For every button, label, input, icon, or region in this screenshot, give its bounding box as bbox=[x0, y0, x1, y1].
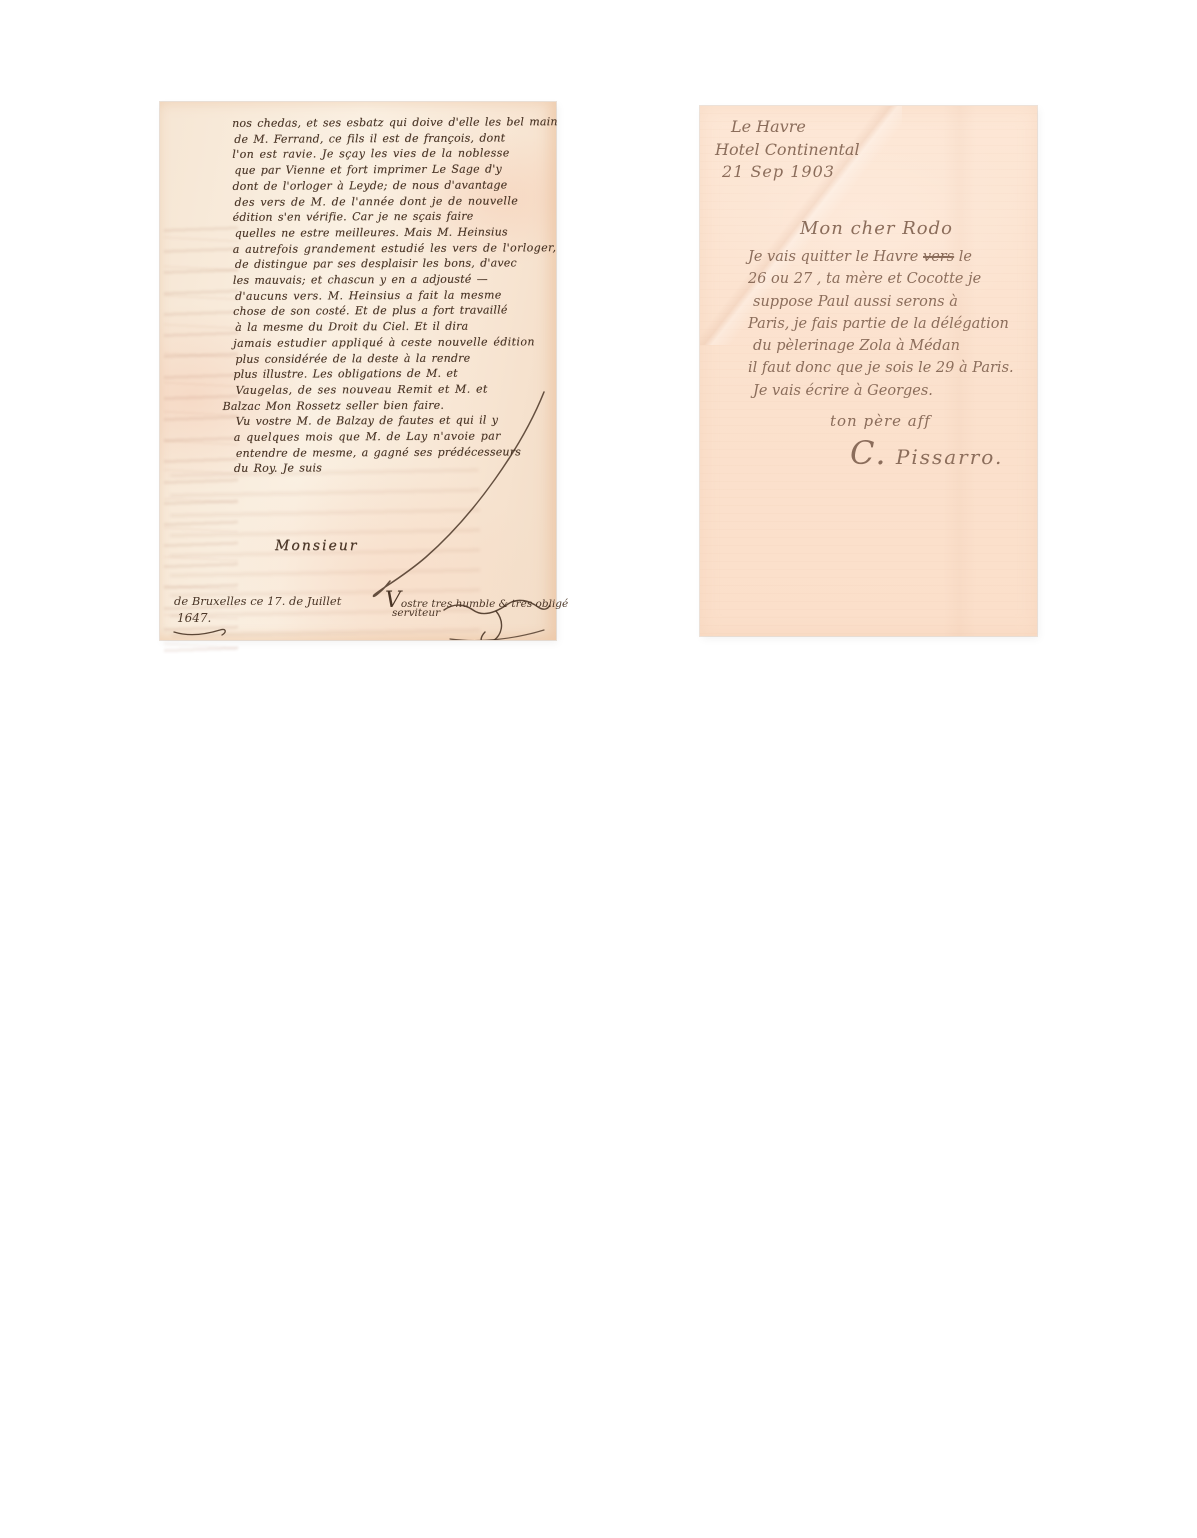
manuscript-body-line: de distingue par ses desplaisir les bons… bbox=[235, 255, 551, 272]
struck-out-word: vers bbox=[923, 249, 954, 265]
manuscript-body-line: édition s'en vérifie. Car je ne sçais fa… bbox=[233, 208, 551, 225]
signature-descender bbox=[481, 611, 501, 640]
manuscript-body-line: à la mesme du Droit du Ciel. Et il dira bbox=[235, 318, 551, 335]
letter-body-line: Je vais écrire à Georges. bbox=[753, 380, 1014, 402]
body-line1-pre: Je vais quitter le Havre bbox=[748, 249, 923, 265]
manuscript-body-line: entendre de mesme, a gagné ses prédécess… bbox=[236, 444, 552, 461]
manuscript-body-line: les mauvais; et chascun y en a adjousté … bbox=[233, 271, 551, 288]
manuscript-closing-line-2: serviteur bbox=[392, 607, 440, 619]
letterhead-line: Hotel Continental bbox=[715, 139, 860, 162]
manuscript-body-line: l'on est ravie. Je sçay les vies de la n… bbox=[232, 146, 550, 163]
manuscript-letter-1647: nos chedas, et ses esbatz qui doive d'el… bbox=[160, 102, 556, 640]
manuscript-dateline: de Bruxelles ce 17. de Juillet bbox=[174, 594, 341, 608]
letter-body-line: suppose Paul aussi serons à bbox=[753, 291, 1014, 313]
letterhead-line: Le Havre bbox=[731, 116, 860, 139]
manuscript-body-line: jamais estudier appliqué à ceste nouvell… bbox=[233, 334, 551, 351]
manuscript-body-line: chose de son costé. Et de plus a fort tr… bbox=[233, 303, 551, 320]
manuscript-body-line: plus considérée de la deste à la rendre bbox=[235, 350, 551, 367]
manuscript-body-line: d'aucuns vers. M. Heinsius a fait la mes… bbox=[235, 287, 551, 304]
manuscript-body-line: nos chedas, et ses esbatz qui doive d'el… bbox=[232, 114, 550, 131]
manuscript-body-line: dont de l'orloger à Leyde; de nous d'ava… bbox=[232, 177, 550, 194]
manuscript-body-line: a quelques mois que M. de Lay n'avoie pa… bbox=[234, 428, 552, 445]
manuscript-body-line: Balzac Mon Rossetz seller bien faire. bbox=[223, 397, 552, 414]
letter-body-line: du pèlerinage Zola à Médan bbox=[753, 335, 1014, 357]
letter-body-line: 26 ou 27 , ta mère et Cocotte je bbox=[748, 268, 1014, 290]
manuscript-body-line: du Roy. Je suis bbox=[234, 460, 552, 477]
letter-body: Je vais quitter le Havre vers le 26 ou 2… bbox=[748, 246, 1014, 402]
date-underline-flourish bbox=[174, 629, 225, 635]
letter-signature: C. Pissarro. bbox=[850, 434, 1003, 472]
pissarro-letter-1903: Le HavreHotel Continental21 Sep 1903 Mon… bbox=[700, 106, 1037, 636]
manuscript-body-line: Vaugelas, de ses nouveau Remit et M. et bbox=[235, 381, 551, 398]
manuscript-year: 1647. bbox=[177, 611, 211, 625]
signature-tail bbox=[450, 630, 544, 640]
manuscript-body-line: de M. Ferrand, ce fils il est de françoi… bbox=[234, 130, 550, 147]
letter-body-line: il faut donc que je sois le 29 à Paris. bbox=[748, 357, 1014, 379]
manuscript-body-line: Vu vostre M. de Balzay de fautes et qui … bbox=[236, 413, 552, 430]
letter-salutation: Mon cher Rodo bbox=[800, 218, 953, 239]
manuscript-body-line: que par Vienne et fort imprimer Le Sage … bbox=[234, 161, 550, 178]
manuscript-body: nos chedas, et ses esbatz qui doive d'el… bbox=[232, 114, 552, 477]
letter-body-line: Paris, je fais partie de la délégation bbox=[748, 313, 1014, 335]
letter-closing: ton père aff bbox=[830, 412, 931, 430]
manuscript-body-line: quelles ne estre meilleures. Mais M. Hei… bbox=[235, 224, 551, 241]
letterhead-line: 21 Sep 1903 bbox=[722, 161, 860, 184]
page: nos chedas, et ses esbatz qui doive d'el… bbox=[0, 0, 1197, 1538]
body-line1-post: le bbox=[954, 249, 972, 265]
manuscript-body-line: plus illustre. Les obligations de M. et bbox=[233, 365, 551, 382]
letter-body-line-1: Je vais quitter le Havre vers le bbox=[748, 246, 1014, 268]
manuscript-body-line: a autrefois grandement estudié les vers … bbox=[233, 240, 551, 257]
manuscript-salutation: Monsieur bbox=[275, 538, 358, 554]
manuscript-body-line: des vers de M. de l'année dont je de nou… bbox=[234, 193, 550, 210]
letter-body-lines: 26 ou 27 , ta mère et Cocotte jesuppose … bbox=[748, 268, 1014, 402]
letterhead: Le HavreHotel Continental21 Sep 1903 bbox=[715, 116, 860, 184]
